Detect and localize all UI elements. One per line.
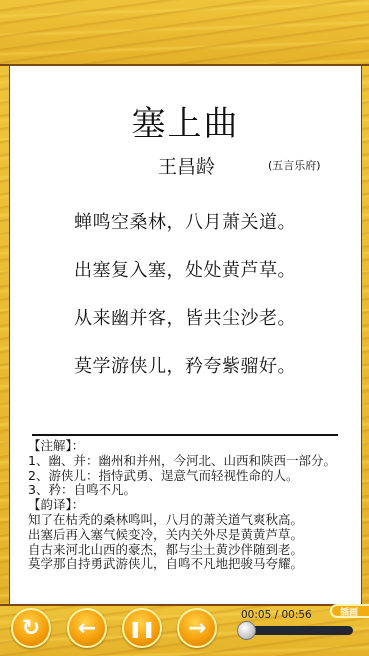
playback-time: 00:05 / 00:56 — [241, 609, 312, 621]
poem-line: 从来幽并客，皆共尘沙老。 — [74, 304, 296, 330]
arrow-left-icon: ← — [78, 616, 96, 641]
poem-style: (五言乐府) — [268, 157, 321, 173]
translation-line: 莫学那自持勇武游侠儿，自鸣不凡地把骏马夸耀。 — [28, 557, 346, 572]
divider — [32, 434, 338, 436]
notes-section[interactable]: 【注解】： 1、幽、并：幽州和并州，今河北、山西和陕西一部分。 2、游侠儿：指恃… — [28, 439, 346, 572]
previous-button[interactable]: ← — [67, 608, 107, 648]
replay-icon: ↻ — [22, 616, 40, 641]
right-wood-post — [362, 66, 369, 606]
next-button[interactable]: → — [177, 608, 217, 648]
top-wood-bar — [0, 0, 369, 66]
poem-title: 塞上曲 — [10, 96, 361, 145]
pause-button[interactable]: ❚❚ — [122, 608, 162, 648]
left-wood-post — [0, 66, 9, 606]
illustration-label: 插画 — [340, 605, 358, 618]
progress-slider[interactable] — [240, 626, 353, 635]
annotation-item: 1、幽、并：幽州和并州，今河北、山西和陕西一部分。 — [28, 454, 346, 469]
annotation-header: 【注解】： — [28, 439, 346, 454]
arrow-right-icon: → — [188, 616, 206, 641]
replay-button[interactable]: ↻ — [11, 608, 51, 648]
annotation-item: 2、游侠儿：指恃武勇、逞意气而轻视性命的人。 — [28, 469, 346, 484]
annotation-item: 3、矜：自鸣不凡。 — [28, 483, 346, 498]
illustration-button[interactable]: 插画 — [330, 604, 369, 618]
poem-author: 王昌龄 — [158, 152, 215, 179]
poem-line: 莫学游侠儿，矜夸紫骝好。 — [74, 352, 296, 378]
pause-icon: ❚❚ — [129, 619, 156, 638]
poem-line: 出塞复入塞，处处黄芦草。 — [74, 256, 296, 282]
poem-line: 蝉鸣空桑林，八月萧关道。 — [74, 208, 296, 234]
translation-header: 【韵译】： — [28, 498, 346, 513]
translation-line: 知了在枯秃的桑林鸣叫，八月的萧关道气爽秋高。 — [28, 513, 346, 528]
poem-page[interactable]: 塞上曲 王昌龄 (五言乐府) 蝉鸣空桑林，八月萧关道。 出塞复入塞，处处黄芦草。… — [9, 66, 362, 606]
translation-line: 出塞后再入塞气候变冷，关内关外尽是黄黄芦草。 — [28, 528, 346, 543]
translation-line: 自古来河北山西的豪杰，都与尘土黄沙伴随到老。 — [28, 543, 346, 558]
progress-thumb[interactable] — [237, 621, 256, 640]
